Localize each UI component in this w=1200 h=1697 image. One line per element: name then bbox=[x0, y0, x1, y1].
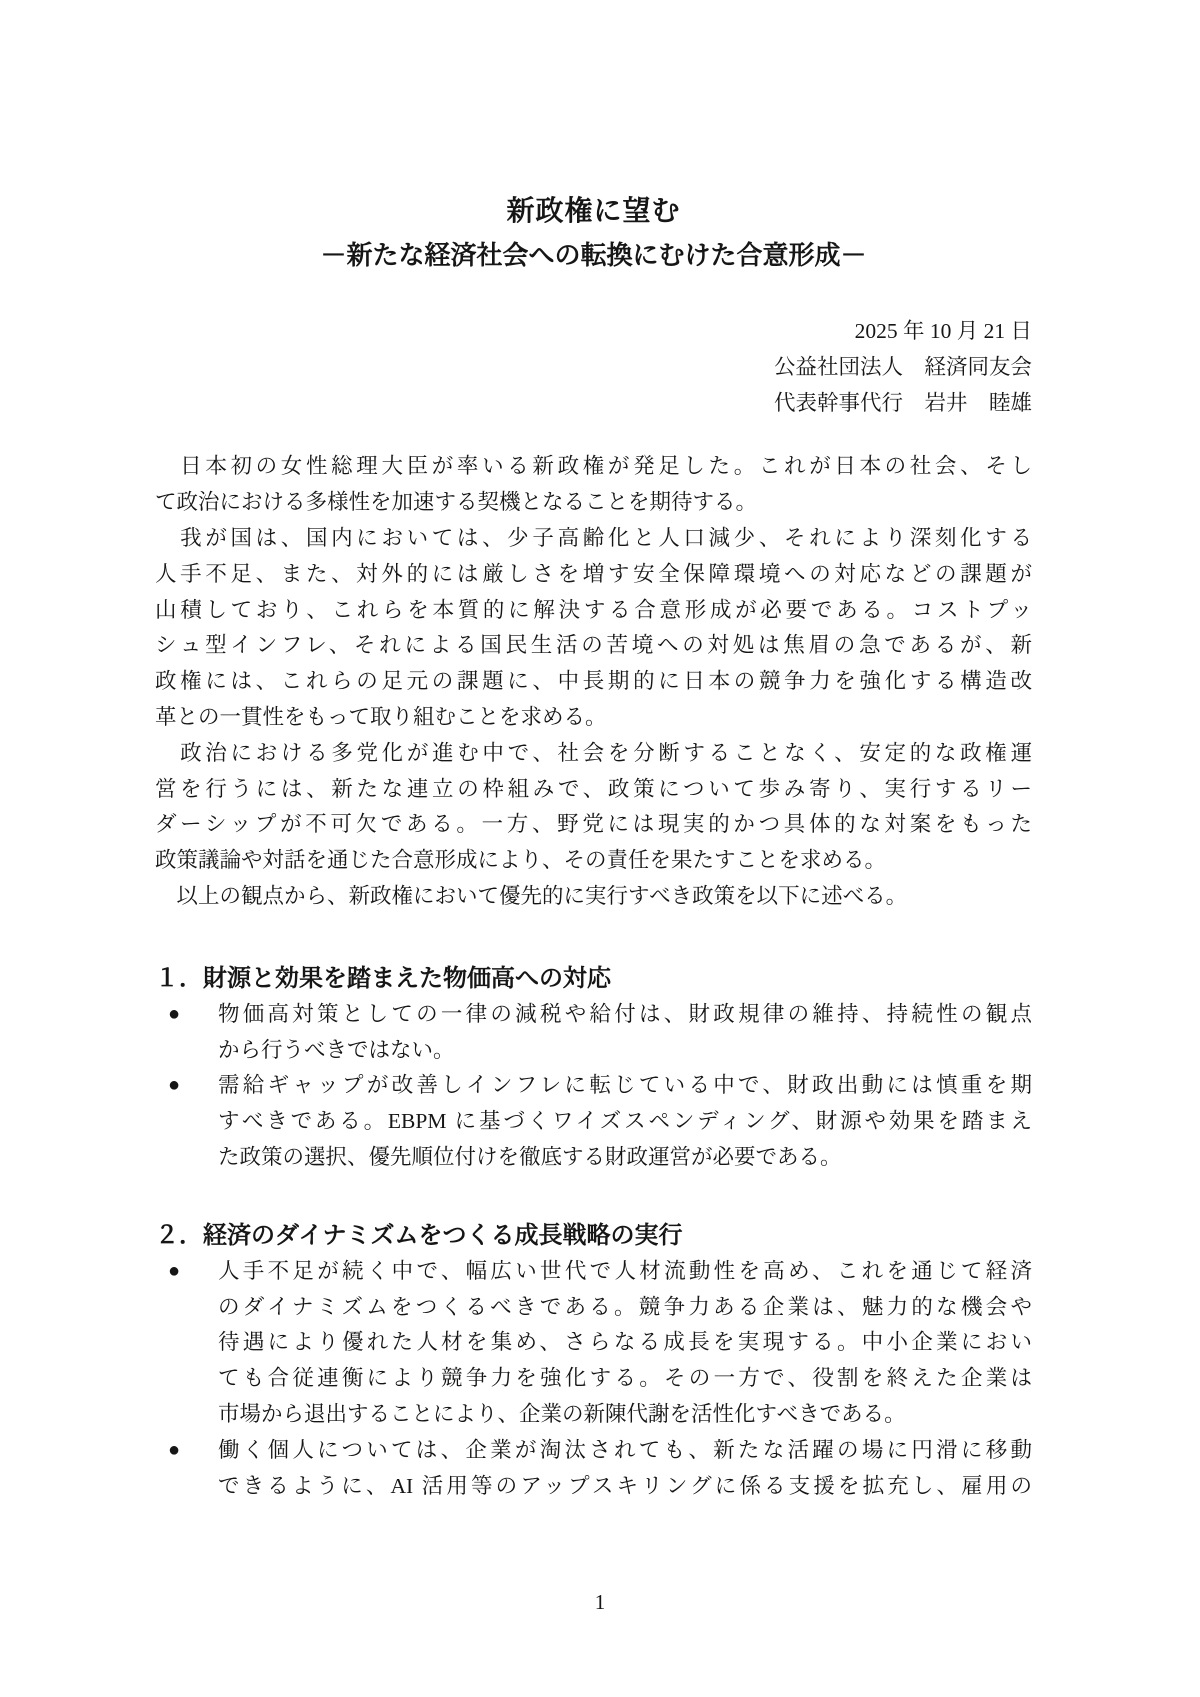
bullet-item: ● 人手不足が続く中で、幅広い世代で人材流動性を高め、これを通じて経済のダイナミ… bbox=[155, 1254, 1032, 1433]
date-line: 2025 年 10 月 21 日 bbox=[155, 314, 1032, 350]
paragraph-2: 我が国は、国内においては、少子高齢化と人口減少、それにより深刻化する人手不足、ま… bbox=[155, 521, 1032, 736]
bullet-item: ● 働く個人については、企業が淘汰されても、新たな活躍の場に円滑に移動できるよう… bbox=[155, 1433, 1032, 1505]
paragraph-3: 政治における多党化が進む中で、社会を分断することなく、安定的な政権運営を行うには… bbox=[155, 736, 1032, 879]
paragraph-4: 以上の観点から、新政権において優先的に実行すべき政策を以下に述べる。 bbox=[155, 879, 1032, 915]
bullet-item: ● 物価高対策としての一律の減税や給付は、財政規律の維持、持続性の観点から行うべ… bbox=[155, 997, 1032, 1069]
body-text: 日本初の女性総理大臣が率いる新政権が発足した。これが日本の社会、そして政治におけ… bbox=[155, 449, 1032, 914]
paragraph-1: 日本初の女性総理大臣が率いる新政権が発足した。これが日本の社会、そして政治におけ… bbox=[155, 449, 1032, 521]
document-subtitle: －新たな経済社会への転換にむけた合意形成－ bbox=[155, 238, 1032, 272]
section-1-bullets: ● 物価高対策としての一律の減税や給付は、財政規律の維持、持続性の観点から行うべ… bbox=[155, 997, 1032, 1176]
section-2-heading: ２．経済のダイナミズムをつくる成長戦略の実行 bbox=[155, 1218, 1032, 1254]
bullet-text: 物価高対策としての一律の減税や給付は、財政規律の維持、持続性の観点から行うべきで… bbox=[218, 997, 1032, 1069]
bullet-circle-icon: ● bbox=[168, 1433, 180, 1469]
byline: 2025 年 10 月 21 日 公益社団法人 経済同友会 代表幹事代行 岩井 … bbox=[155, 314, 1032, 421]
bullet-text: 働く個人については、企業が淘汰されても、新たな活躍の場に円滑に移動できるように、… bbox=[218, 1433, 1032, 1505]
signer-line: 代表幹事代行 岩井 睦雄 bbox=[155, 386, 1032, 422]
bullet-text: 需給ギャップが改善しインフレに転じている中で、財政出動には慎重を期すべきである。… bbox=[218, 1068, 1032, 1175]
section-1-heading: １．財源と効果を踏まえた物価高への対応 bbox=[155, 961, 1032, 997]
bullet-circle-icon: ● bbox=[168, 1254, 180, 1290]
organization-line: 公益社団法人 経済同友会 bbox=[155, 350, 1032, 386]
bullet-item: ● 需給ギャップが改善しインフレに転じている中で、財政出動には慎重を期すべきであ… bbox=[155, 1068, 1032, 1175]
document-content: 新政権に望む －新たな経済社会への転換にむけた合意形成－ 2025 年 10 月… bbox=[0, 0, 1200, 1504]
page-number: 1 bbox=[0, 1588, 1200, 1616]
bullet-circle-icon: ● bbox=[168, 1068, 180, 1104]
section-2-bullets: ● 人手不足が続く中で、幅広い世代で人材流動性を高め、これを通じて経済のダイナミ… bbox=[155, 1254, 1032, 1505]
bullet-text: 人手不足が続く中で、幅広い世代で人材流動性を高め、これを通じて経済のダイナミズム… bbox=[218, 1254, 1032, 1433]
document-title: 新政権に望む bbox=[155, 194, 1032, 228]
document-page: 新政権に望む －新たな経済社会への転換にむけた合意形成－ 2025 年 10 月… bbox=[0, 0, 1200, 1697]
bullet-circle-icon: ● bbox=[168, 997, 180, 1033]
